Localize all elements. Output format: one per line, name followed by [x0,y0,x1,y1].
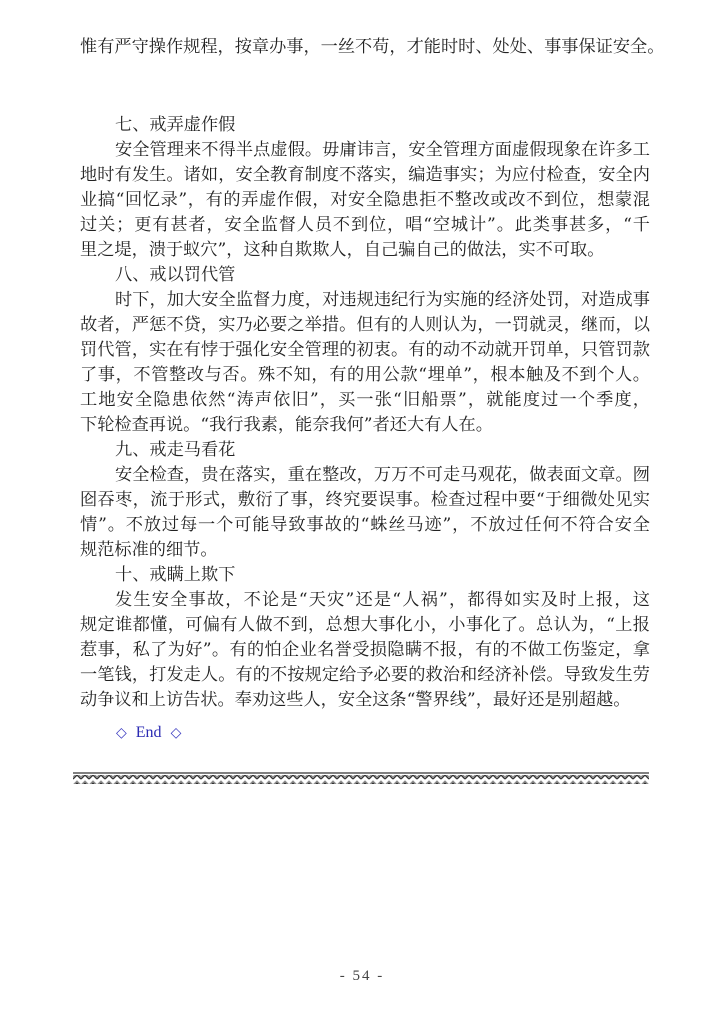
section-heading-7: 七、戒弄虚作假 [115,113,235,138]
section-heading-10: 十、戒瞒上欺下 [115,563,235,588]
document-page: 惟有严守操作规程，按章办事，一丝不苟，才能时时、处处、事事保证安全。 七、戒弄虚… [0,0,724,1024]
paragraph-line: 规范标准的细节。 [80,538,650,563]
paragraph-line: 规定谁都懂，可偏有人做不到，总想大事化小，小事化了。总认为，“上报 [80,613,650,638]
diamond-icon: ◇ [171,725,182,741]
end-mark: ◇ End ◇ [116,721,181,745]
paragraph-line: 下轮检查再说。“我行我素，能奈我何”者还大有人在。 [80,413,650,438]
paragraph-line: 动争议和上访告状。奉劝这些人，安全这条“警界线”，最好还是别超越。 [80,688,650,713]
paragraph-line: 一笔钱，打发走人。有的不按规定给予必要的救治和经济补偿。导致发生劳 [80,663,650,688]
paragraph-line: 囵吞枣，流于形式，敷衍了事，终究要误事。检查过程中要“于细微处见实 [80,488,650,513]
paragraph-line: 罚代管，实在有悖于强化安全管理的初衷。有的动不动就开罚单，只管罚款 [80,338,650,363]
page-number: - 54 - [0,968,724,985]
paragraph-line: 安全检查，贵在落实，重在整改，万万不可走马观花，做表面文章。囫 [115,463,650,488]
paragraph-line: 情”。不放过每一个可能导致事故的“蛛丝马迹”，不放过任何不符合安全 [80,513,650,538]
paragraph-line: 发生安全事故，不论是“天灾”还是“人祸”，都得如实及时上报，这 [115,588,650,613]
paragraph-line: 工地安全隐患依然“涛声依旧”，买一张“旧船票”，就能度过一个季度， [80,388,650,413]
paragraph-line: 里之堤，溃于蚁穴”，这种自欺欺人，自己骗自己的做法，实不可取。 [80,238,650,263]
opening-line: 惟有严守操作规程，按章办事，一丝不苟，才能时时、处处、事事保证安全。 [80,35,650,60]
end-label: End [136,724,162,741]
paragraph-line: 了事，不管整改与否。殊不知，有的用公款“埋单”，根本触及不到个人。 [80,363,650,388]
paragraph-line: 过关；更有甚者，安全监督人员不到位，唱“空城计”。此类事甚多，“千 [80,213,650,238]
paragraph-line: 安全管理来不得半点虚假。毋庸讳言，安全管理方面虚假现象在许多工 [115,138,650,163]
paragraph-line: 故者，严惩不贷，实乃必要之举措。但有的人则认为，一罚就灵，继而，以 [80,313,650,338]
paragraph-line: 地时有发生。诸如，安全教育制度不落实，编造事实；为应付检查，安全内 [80,163,650,188]
section-heading-8: 八、戒以罚代管 [115,263,235,288]
diamond-icon: ◇ [116,725,127,741]
section-heading-9: 九、戒走马看花 [115,438,235,463]
paragraph-line: 业搞“回忆录”，有的弄虚作假，对安全隐患拒不整改或改不到位，想蒙混 [80,188,650,213]
paragraph-line: 惹事，私了为好”。有的怕企业名誉受损隐瞒不报，有的不做工伤鉴定，拿 [80,638,650,663]
paragraph-line: 时下，加大安全监督力度，对违规违纪行为实施的经济处罚，对造成事 [115,288,650,313]
zigzag-divider [73,772,649,784]
